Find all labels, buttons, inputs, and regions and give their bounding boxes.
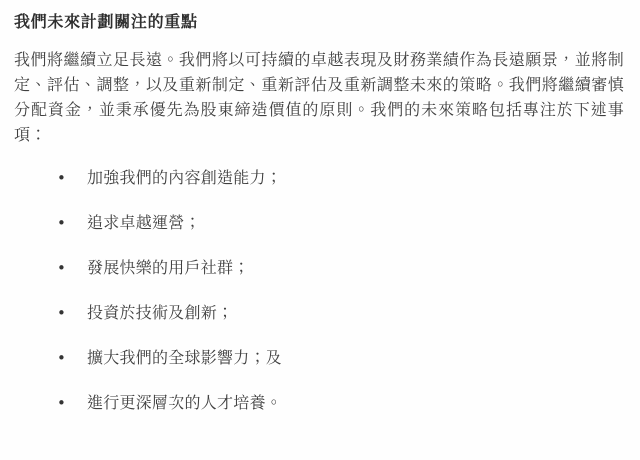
list-item-text: 投資於技術及創新； [87, 301, 233, 326]
list-item: • 擴大我們的全球影響力；及 [14, 346, 624, 371]
list-item: • 加強我們的內容創造能力； [14, 166, 624, 191]
list-item: • 發展快樂的用戶社群； [14, 256, 624, 281]
bullet-icon: • [57, 391, 87, 416]
bullet-icon: • [57, 256, 87, 281]
list-item-text: 進行更深層次的人才培養。 [87, 391, 282, 416]
bullet-icon: • [57, 211, 87, 236]
list-item-text: 擴大我們的全球影響力；及 [87, 346, 282, 371]
list-item: • 進行更深層次的人才培養。 [14, 391, 624, 416]
bullet-icon: • [57, 346, 87, 371]
bullet-icon: • [57, 301, 87, 326]
list-item-text: 發展快樂的用戶社群； [87, 256, 250, 281]
list-item-text: 加強我們的內容創造能力； [87, 166, 282, 191]
section-heading: 我們未來計劃關注的重點 [14, 13, 624, 33]
intro-paragraph: 我們將繼續立足長遠。我們將以可持續的卓越表現及財務業績作為長遠願景，並將制定、評… [14, 48, 624, 148]
list-item: • 投資於技術及創新； [14, 301, 624, 326]
list-item: • 追求卓越運營； [14, 211, 624, 236]
document-page: 我們未來計劃關注的重點 我們將繼續立足長遠。我們將以可持續的卓越表現及財務業績作… [0, 0, 640, 460]
list-item-text: 追求卓越運營； [87, 211, 201, 236]
strategy-list: • 加強我們的內容創造能力； • 追求卓越運營； • 發展快樂的用戶社群； • … [14, 166, 624, 416]
bullet-icon: • [57, 166, 87, 191]
